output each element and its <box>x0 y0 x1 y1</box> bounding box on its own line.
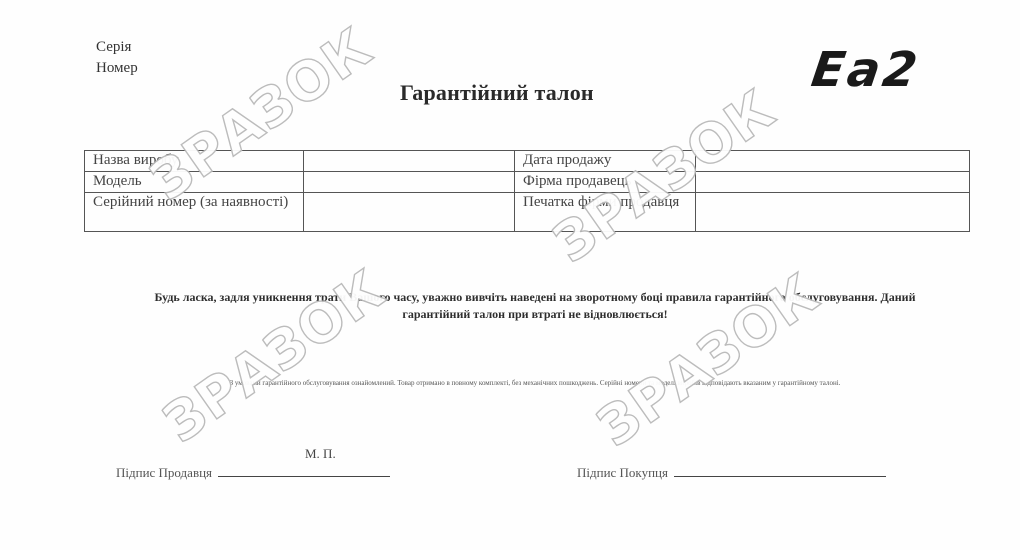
seller-firm-label: Фірма продавець <box>515 172 696 193</box>
document-title: Гарантійний талон <box>400 80 594 106</box>
brand-logo: Ea2 <box>808 42 923 98</box>
product-info-table: Назва виробу Дата продажу Модель Фірма п… <box>84 150 970 232</box>
product-name-label: Назва виробу <box>85 151 304 172</box>
sample-watermark: ЗРАЗОК <box>152 258 396 455</box>
table-row: Серійний номер (за наявності) Печатка фі… <box>85 193 970 232</box>
warranty-card: Серія Номер Гарантійний талон Ea2 Назва … <box>0 0 1020 550</box>
model-label: Модель <box>85 172 304 193</box>
sale-date-field[interactable] <box>696 151 970 172</box>
stamp-place-label: М. П. <box>305 446 336 462</box>
seller-stamp-label: Печатка фірми продавця <box>515 193 696 232</box>
buyer-signature: Підпис Покупця <box>577 464 886 481</box>
seller-signature-line[interactable] <box>218 464 390 477</box>
product-name-field[interactable] <box>304 151 515 172</box>
table-row: Назва виробу Дата продажу <box>85 151 970 172</box>
seller-signature: Підпис Продавця <box>116 464 390 481</box>
buyer-signature-label: Підпис Покупця <box>577 465 668 480</box>
sale-date-label: Дата продажу <box>515 151 696 172</box>
warranty-notice: Будь ласка, задля уникнення трати Вашого… <box>120 289 950 323</box>
seller-firm-field[interactable] <box>696 172 970 193</box>
seller-signature-label: Підпис Продавця <box>116 465 212 480</box>
model-field[interactable] <box>304 172 515 193</box>
serial-number-field[interactable] <box>304 193 515 232</box>
series-label: Серія <box>96 37 138 58</box>
serial-number-label: Серійний номер (за наявності) <box>85 193 304 232</box>
number-label: Номер <box>96 58 138 79</box>
buyer-signature-line[interactable] <box>674 464 886 477</box>
series-number-block: Серія Номер <box>96 37 138 79</box>
seller-stamp-field[interactable] <box>696 193 970 232</box>
table-row: Модель Фірма продавець <box>85 172 970 193</box>
fine-print: З умовами гарантійного обслуговування оз… <box>120 378 950 389</box>
